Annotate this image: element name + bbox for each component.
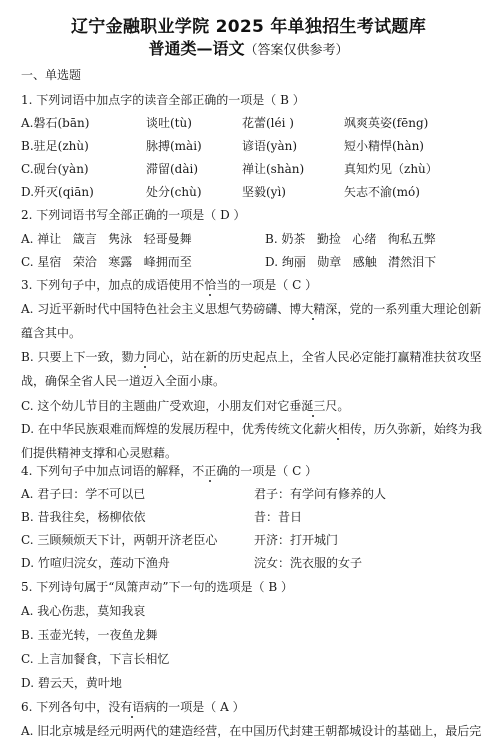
option-item: 花蕾(léi )	[242, 115, 294, 131]
option-text: D. 在中华民族艰难而辉煌的发展历程中，优秀传统文化	[21, 422, 314, 436]
option-item: 磐石(bān)	[33, 116, 89, 130]
question-2-option-a: A. 禅让 箴言 隽泳 轻哥曼舞	[21, 231, 192, 247]
question-4-stem: 4. 下列句子中加点词语的解释，不正确的一项是（ C ）	[21, 463, 317, 479]
emphasized-text: 博大精深	[289, 301, 337, 317]
question-5-option-c: C. 上言加餐食，下言长相忆	[21, 651, 169, 667]
option-item: 脉搏(mài)	[146, 138, 202, 154]
stem-text: 4. 下列句子中加点词语的解释，	[21, 464, 192, 478]
question-2-stem: 2. 下列词语书写全部正确的一项是（ D ）	[21, 207, 246, 223]
question-2-option-b: B. 奶茶 勤捡 心绪 徇私五弊	[265, 231, 436, 247]
question-3-option-d-cont: 们提供精神支撑和心灵慰藉。	[21, 445, 177, 461]
option-item: 滞留(dài)	[146, 161, 198, 177]
option-item: 矢志不渝(mó)	[344, 184, 420, 200]
question-1-stem: 1. 下列词语中加点字的读音全部正确的一项是（ B ）	[21, 92, 305, 108]
option-item: 真知灼见（zhù）	[344, 161, 438, 177]
question-5-option-b: B. 玉壶光转，一夜鱼龙舞	[21, 627, 157, 643]
question-5-option-d: D. 碧云天，黄叶地	[21, 675, 122, 691]
emphasized-text: 勠力同心	[121, 349, 169, 365]
question-4-option-b: B. 昔我往矣，杨柳依依	[21, 509, 145, 525]
section-heading: 一、单选题	[21, 67, 81, 83]
emphasized-text: 不正确	[192, 463, 228, 479]
document-page: 辽宁金融职业学院 2025 年单独招生考试题库 普通类—语文（答案仅供参考） 一…	[0, 0, 497, 754]
option-item: 坚毅(yì)	[242, 184, 286, 200]
option-text: ，站在新的历史起点上，全省人民必定能打赢精准扶贫攻坚	[169, 350, 481, 364]
option-item: 禅让(shàn)	[242, 161, 304, 177]
option-item: 谈吐(tù)	[146, 115, 192, 131]
option-label: B.	[21, 139, 34, 153]
question-4-option-d: D. 竹喧归浣女，莲动下渔舟	[21, 555, 170, 571]
option-item: 处分(chù)	[146, 184, 202, 200]
question-4-option-a: A. 君子曰：学不可以已	[21, 486, 145, 502]
question-3-stem: 3. 下列句子中，加点的成语使用不恰当的一项是（ C ）	[21, 277, 317, 293]
option-text: B. 只要上下一致，	[21, 350, 121, 364]
question-2-option-d: D. 绚丽 勋章 感触 潸然泪下	[265, 254, 436, 270]
question-2-option-c: C. 星宿 荣洽 寒露 峰拥而至	[21, 254, 192, 270]
question-5-option-a: A. 我心伤悲，莫知我哀	[21, 603, 145, 619]
stem-text: 的一项是（ A ）	[156, 700, 244, 714]
option-text: A. 习近平新时代中国特色社会主义思想气势磅礴、	[21, 302, 289, 316]
option-label: D.	[21, 185, 34, 199]
question-3-option-b: B. 只要上下一致，勠力同心，站在新的历史起点上，全省人民必定能打赢精准扶贫攻坚	[21, 349, 481, 365]
option-item: 谚语(yàn)	[242, 138, 297, 154]
option-text: C. 这个幼儿节目的主题曲广受欢迎，小朋友们对它	[21, 399, 289, 413]
option-label: A.	[21, 116, 33, 130]
option-label: C.	[21, 162, 34, 176]
question-4-option-c: C. 三顾频烦天下计，两朝开济老臣心	[21, 532, 217, 548]
document-title: 辽宁金融职业学院 2025 年单独招生考试题库	[0, 12, 497, 37]
option-item: 短小精悍(hàn)	[344, 138, 424, 154]
option-item: 歼灭(qiān)	[34, 185, 94, 199]
subtitle-note: （答案仅供参考）	[245, 43, 349, 58]
document-subtitle: 普通类—语文（答案仅供参考）	[0, 36, 497, 59]
question-3-option-c: C. 这个幼儿节目的主题曲广受欢迎，小朋友们对它垂涎三尺。	[21, 398, 349, 414]
question-4-option-d-explanation: 浣女：洗衣服的女子	[254, 555, 362, 571]
option-item: 驻足(zhù)	[34, 139, 89, 153]
question-3-option-a-cont: 蕴含其中。	[21, 325, 81, 341]
option-text: 。	[337, 399, 349, 413]
emphasized-text: 垂涎三尺	[289, 398, 337, 414]
question-3-option-d: D. 在中华民族艰难而辉煌的发展历程中，优秀传统文化薪火相传，历久弥新，始终为我	[21, 421, 482, 437]
stem-text: 6. 下列各句中，	[21, 700, 108, 714]
question-4-option-a-explanation: 君子：有学问有修养的人	[254, 486, 386, 502]
emphasized-text: 没有语病	[108, 699, 156, 715]
question-6-option-a: A. 旧北京城是经元明两代的建造经营，在中国历代封建王朝都城设计的基础上，最后完	[21, 723, 481, 739]
question-6-stem: 6. 下列各句中，没有语病的一项是（ A ）	[21, 699, 245, 715]
subtitle-main: 普通类—语文	[148, 39, 244, 58]
question-4-option-b-explanation: 昔：昔日	[254, 509, 302, 525]
question-4-option-c-explanation: 开济：打开城门	[254, 532, 338, 548]
question-3-option-a: A. 习近平新时代中国特色社会主义思想气势磅礴、博大精深，党的一系列重大理论创新	[21, 301, 481, 317]
stem-text: 的一项是（ C ）	[228, 278, 317, 292]
option-text: ，历久弥新，始终为我	[362, 422, 482, 436]
question-5-stem: 5. 下列诗句属于“凤箫声动”下一句的选项是（ B ）	[21, 579, 293, 595]
emphasized-text: 不恰当	[192, 277, 228, 293]
stem-text: 的一项是（ C ）	[228, 464, 317, 478]
option-item: 砚台(yàn)	[34, 162, 89, 176]
option-text: ，党的一系列重大理论创新	[337, 302, 481, 316]
emphasized-text: 薪火相传	[314, 421, 362, 437]
stem-text: 3. 下列句子中，加点的成语使用	[21, 278, 192, 292]
question-3-option-b-cont: 战，确保全省人民一道迈入全面小康。	[21, 373, 225, 389]
option-item: 飒爽英姿(fēng)	[344, 115, 428, 131]
